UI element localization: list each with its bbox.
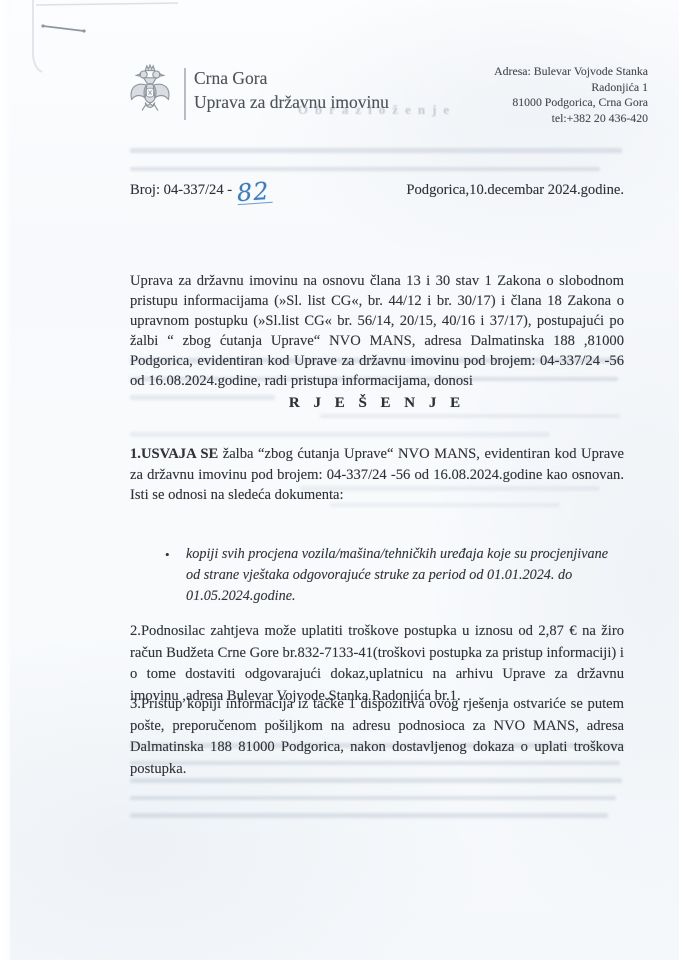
item1-paragraph: 1.USVAJA SE žalba “zbog ćutanja Uprave“ … <box>130 444 624 506</box>
decision-heading: R J E Š E N J E <box>130 395 624 412</box>
bullet-item: kopiji svih procjena vozila/mašina/tehni… <box>165 544 613 607</box>
bullet-text: kopiji svih procjena vozila/mašina/tehni… <box>186 544 613 607</box>
document-number: Broj: 04-337/24 - 82 <box>130 182 272 204</box>
item1-lead: 1.USVAJA SE <box>130 446 218 462</box>
bullet-marker-icon <box>165 544 186 607</box>
meta-row: Broj: 04-337/24 - 82 Podgorica,10.decemb… <box>130 182 624 204</box>
item3-paragraph: 3.Pristup kopiji informacija iz tačke 1 … <box>130 694 624 780</box>
bleedthrough-heading: Obrazloženje <box>130 102 624 118</box>
staple-icon <box>0 0 220 80</box>
address-line: Radonjića 1 <box>408 80 648 96</box>
address-line: Adresa: Bulevar Vojvode Stanka <box>408 64 648 80</box>
scan-left-margin <box>0 0 10 960</box>
bleedthrough-text-block <box>130 148 624 171</box>
intro-paragraph: Uprava za državnu imovinu na osnovu član… <box>130 271 624 391</box>
scanned-document-page: Crna Gora Uprava za državnu imovinu Adre… <box>0 0 679 960</box>
document-number-label: Broj: 04-337/24 - <box>130 182 232 199</box>
handwritten-number: 82 <box>236 181 272 205</box>
place-date: Podgorica,10.decembar 2024.godine. <box>406 182 624 199</box>
